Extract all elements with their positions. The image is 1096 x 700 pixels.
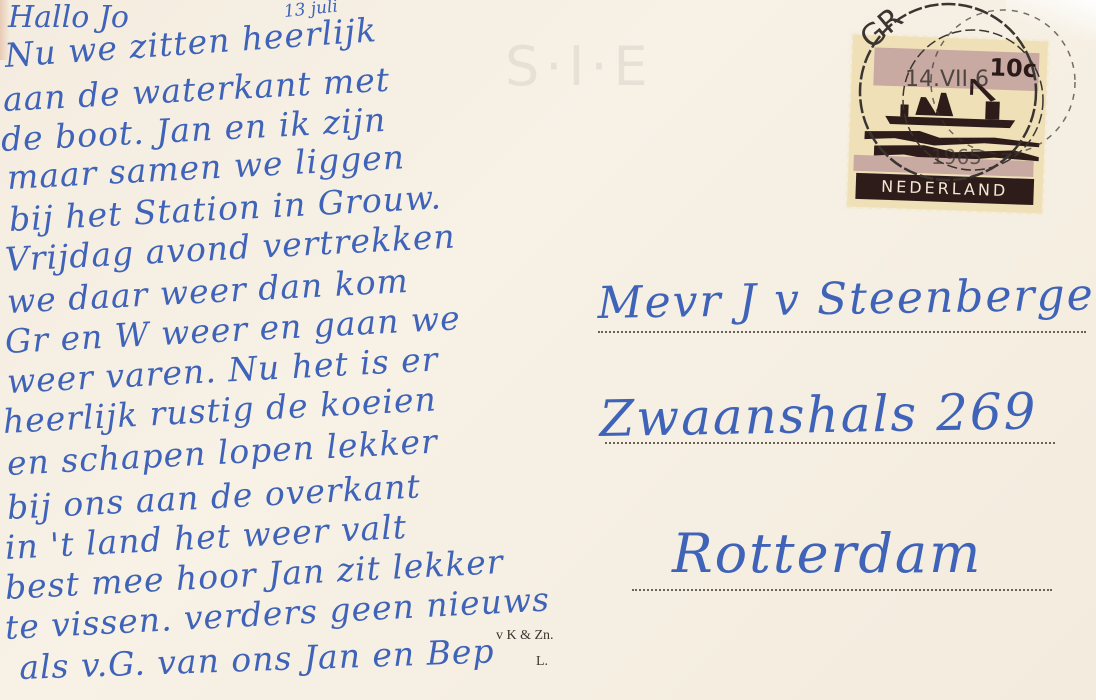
address-line-3 — [632, 589, 1052, 591]
stamp-value: 10c — [989, 53, 1038, 83]
printer-mark-line2: L. — [536, 654, 548, 670]
stamp-country: NEDERLAND — [855, 173, 1034, 205]
address-city: Rotterdam — [672, 522, 982, 585]
postage-stamp: 10c NEDERLAND — [847, 35, 1048, 214]
address-line-2 — [605, 442, 1055, 444]
printer-mark: v K & Zn. — [496, 628, 554, 644]
address-street: Zwaanshals 269 — [599, 382, 1038, 448]
postcard-back: S·I·E Hallo Jo 13 juli Nu we zitten heer… — [0, 0, 1096, 700]
address-recipient: Mevr J v Steenbergen — [597, 269, 1096, 329]
address-line-1 — [598, 331, 1086, 333]
paper-corner — [1006, 0, 1096, 40]
faint-show-through: S·I·E — [505, 35, 655, 115]
